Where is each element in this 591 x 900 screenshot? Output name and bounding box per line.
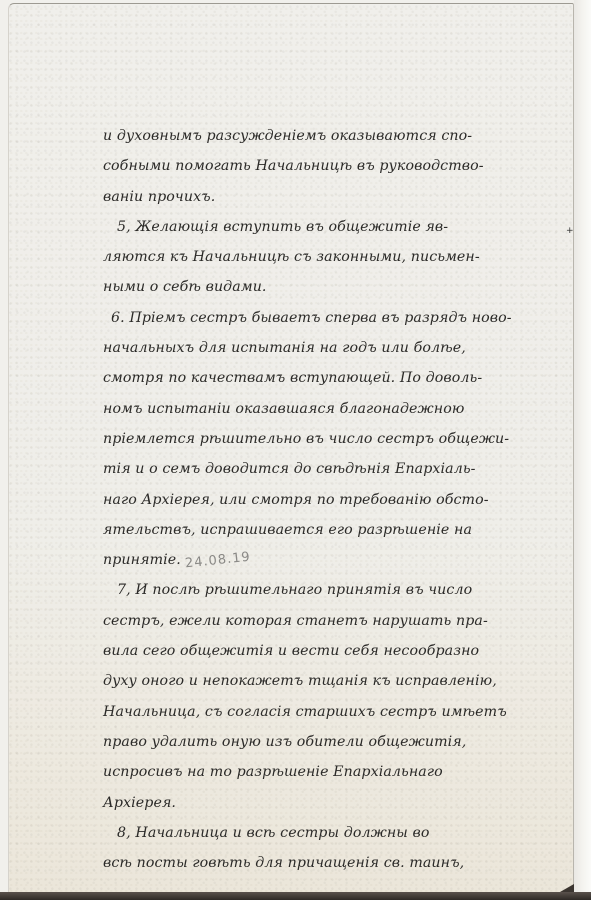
scan-right-margin xyxy=(574,0,591,900)
scanned-document: + и духовнымъ разсужденiемъ оказываются … xyxy=(0,0,591,900)
text-line-9: смотря по качествамъ вступающей. По дово… xyxy=(103,363,573,393)
text-line-6: ными о себѣ видами. xyxy=(103,272,573,302)
text-line-15-content: принятiе. xyxy=(103,552,181,568)
paragraph-5-start: 5, Желающiя вступить въ общежитiе яв- xyxy=(103,212,573,242)
text-line-1: и духовнымъ разсужденiемъ оказываются сп… xyxy=(103,121,573,151)
paragraph-6-start: 6. Прiемъ сестръ бываетъ сперва въ разря… xyxy=(103,303,573,333)
text-line-23: Архiерея. xyxy=(103,788,573,818)
paragraph-7-start: 7, И послѣ рѣшительнаго принятiя въ числ… xyxy=(103,575,573,605)
text-line-22: испросивъ на то разрѣшенiе Епархiальнаго xyxy=(103,757,573,787)
text-line-15: принятiе.24.08.19 xyxy=(103,545,573,575)
text-line-19: духу оного и непокажетъ тщанiя къ исправ… xyxy=(103,666,573,696)
text-line-3: ванiи прочихъ. xyxy=(103,182,573,212)
manuscript-text: и духовнымъ разсужденiемъ оказываются сп… xyxy=(103,121,573,878)
text-line-18: вила сего общежитiя и вести себя несообр… xyxy=(103,636,573,666)
text-line-11: прiемлется рѣшительно въ число сестръ об… xyxy=(103,424,573,454)
text-line-12: тiя и о семъ доводится до свѣдѣнiя Епарх… xyxy=(103,454,573,484)
text-line-20: Начальница, съ согласiя старшихъ сестръ … xyxy=(103,697,573,727)
page-corner xyxy=(560,884,574,892)
text-line-17: сестръ, ежели которая станетъ нарушать п… xyxy=(103,606,573,636)
text-line-5: ляются къ Начальницѣ съ законными, письм… xyxy=(103,242,573,272)
text-line-14: ятельствъ, испрашивается его разрѣшенiе … xyxy=(103,515,573,545)
text-line-10: номъ испытанiи оказавшаяся благонадежною xyxy=(103,394,573,424)
text-line-2: собными помогать Начальницѣ въ руководст… xyxy=(103,151,573,181)
paragraph-8-start: 8, Начальница и всѣ сестры должны во xyxy=(103,818,573,848)
text-line-21: право удалить оную изъ обители общежитiя… xyxy=(103,727,573,757)
scan-bottom-edge xyxy=(0,892,591,900)
text-line-13: наго Архiерея, или смотря по требованiю … xyxy=(103,485,573,515)
pencil-annotation: 24.08.19 xyxy=(184,543,253,580)
text-line-8: начальныхъ для испытанiя на годъ или бол… xyxy=(103,333,573,363)
margin-mark: + xyxy=(566,226,574,236)
text-line-25: всѣ посты говѣть для причащенiя св. таин… xyxy=(103,848,573,878)
